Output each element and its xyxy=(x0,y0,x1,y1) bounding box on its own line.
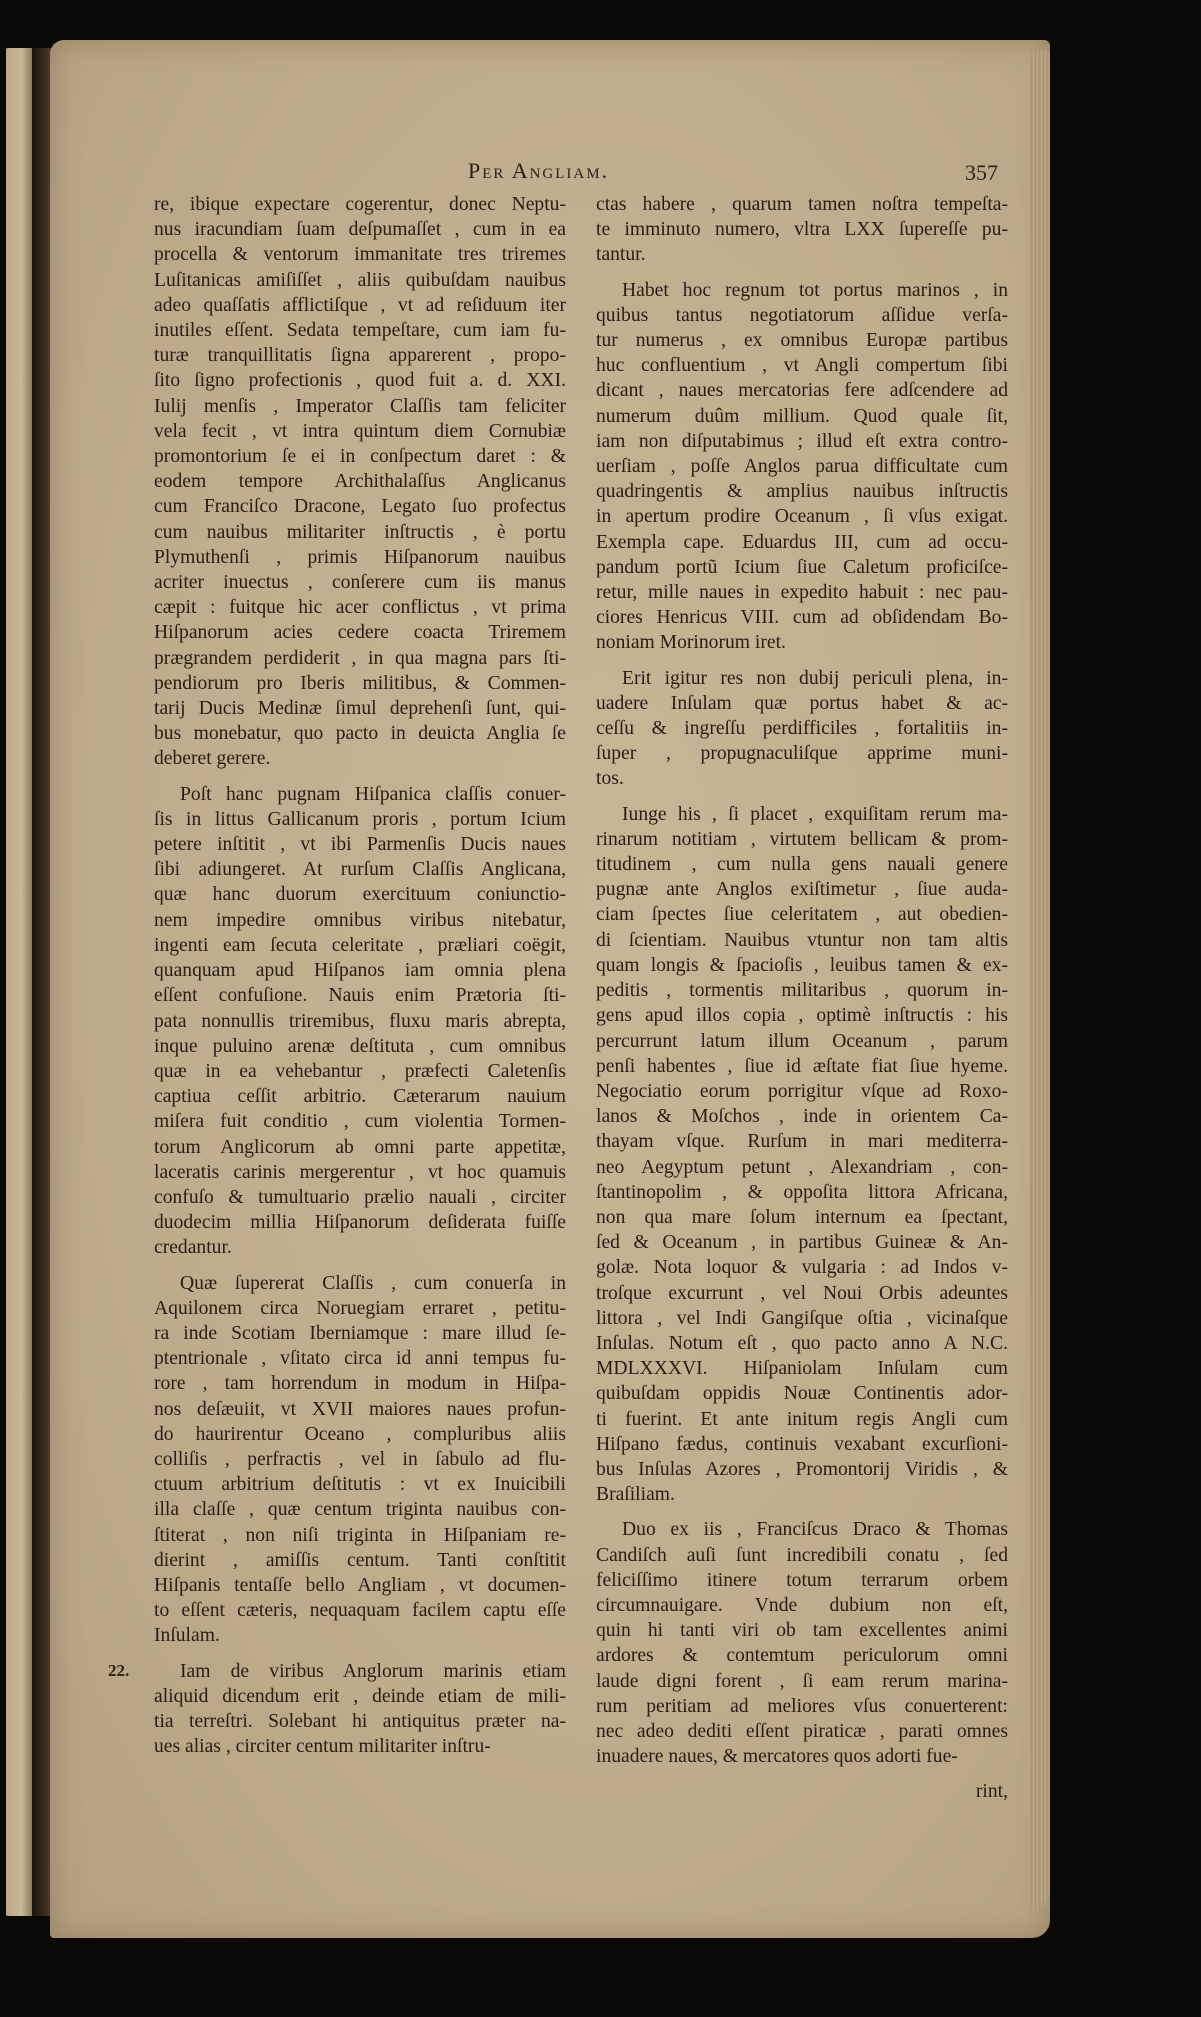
text-line: torum Anglicorum ab omni parte appetitæ, xyxy=(154,1135,566,1160)
text-line: Iunge his , ſi placet , exquiſitam rerum… xyxy=(596,802,1008,827)
text-line: te imminuto numero, vltra LXX ſupereſſe … xyxy=(596,217,1008,242)
text-line: to eſſent cæteris, nequaquam facilem cap… xyxy=(154,1598,566,1623)
text-line: colliſis , perfractis , vel in ſabulo ad… xyxy=(154,1447,566,1472)
text-line: dierint , amiſſis centum. Tanti conſtiti… xyxy=(154,1548,566,1573)
paragraph: Erit igitur res non dubij periculi plena… xyxy=(596,666,1008,792)
text-line: Erit igitur res non dubij periculi plena… xyxy=(596,666,1008,691)
text-line: laude digni forent , ſi eam rerum marina… xyxy=(596,1669,1008,1694)
text-line: Habet hoc regnum tot portus marinos , in xyxy=(596,278,1008,303)
text-line: Candiſch auſi ſunt incredibili conatu , … xyxy=(596,1543,1008,1568)
book-page: Per Angliam. 357 re, ibique expectare co… xyxy=(50,40,1050,1938)
text-line: nos deſæuiit, vt XVII maiores naues prof… xyxy=(154,1397,566,1422)
text-line: golæ. Nota loquor & vulgaria : ad Indos … xyxy=(596,1255,1008,1280)
text-line: tur numerus , ex omnibus Europæ partibus xyxy=(596,328,1008,353)
text-line: penſi habentes , ſiue id æſtate fiat ſiu… xyxy=(596,1054,1008,1079)
text-line: in apertum prodire Oceanum , ſi vſus exi… xyxy=(596,504,1008,529)
running-head: Per Angliam. xyxy=(468,158,609,184)
paragraph: Quæ ſupererat Claſſis , cum conuerſa inA… xyxy=(154,1271,566,1649)
text-line: percurrunt latum illum Oceanum , parum xyxy=(596,1029,1008,1054)
text-line: ingenti eam ſecuta celeritate , præliari… xyxy=(154,933,566,958)
text-line: ardores & contemtum periculorum omni xyxy=(596,1643,1008,1668)
text-line: noniam Morinorum iret. xyxy=(596,630,1008,655)
text-line: rinarum notitiam , virtutem bellicam & p… xyxy=(596,827,1008,852)
text-line: huc confluentium , vt Angli compertum ſi… xyxy=(596,353,1008,378)
text-line: peditis , tormentis militaribus , quorum… xyxy=(596,978,1008,1003)
text-line: aliquid dicendum erit , deinde etiam de … xyxy=(154,1684,566,1709)
text-line: captiua ceſſit arbitrio. Cæterarum nauiu… xyxy=(154,1084,566,1109)
text-line: littora , vel Indi Gangiſque oſtia , vic… xyxy=(596,1306,1008,1331)
text-line: tos. xyxy=(596,766,1008,791)
text-line: eodem tempore Archithalaſſus Anglicanus xyxy=(154,469,566,494)
text-line: cum Franciſco Dracone, Legato ſuo profec… xyxy=(154,494,566,519)
text-line: ſuper , propugnaculiſque apprime muni- xyxy=(596,741,1008,766)
text-line: iam non diſputabimus ; illud eſt extra c… xyxy=(596,429,1008,454)
text-line: Exempla cape. Eduardus III, cum ad occu- xyxy=(596,530,1008,555)
text-line: uadere Inſulam quæ portus habet & ac- xyxy=(596,691,1008,716)
paragraph: Poſt hanc pugnam Hiſpanica claſſis conue… xyxy=(154,782,566,1261)
text-line: miſera fuit conditio , cum violentia Tor… xyxy=(154,1109,566,1134)
text-line: Hiſpanis tentaſſe bello Angliam , vt doc… xyxy=(154,1573,566,1598)
text-line: quanquam apud Hiſpanos iam omnia plena xyxy=(154,958,566,983)
text-line: illa claſſe , quæ centum triginta nauibu… xyxy=(154,1497,566,1522)
text-line: cum nauibus militariter inſtructis , è p… xyxy=(154,520,566,545)
text-line: turæ tranquillitatis ſigna apparerent , … xyxy=(154,343,566,368)
text-line: Aquilonem circa Noruegiam erraret , peti… xyxy=(154,1296,566,1321)
catchword: rint, xyxy=(596,1779,1008,1804)
text-line: Duo ex iis , Franciſcus Draco & Thomas xyxy=(596,1517,1008,1542)
text-line: dicant , naues mercatorias fere adſcende… xyxy=(596,378,1008,403)
text-line: ra inde Scotiam Iberniamque : mare illud… xyxy=(154,1321,566,1346)
text-line: promontorium ſe ei in conſpectum daret :… xyxy=(154,444,566,469)
text-line: do haurirentur Oceano , compluribus alii… xyxy=(154,1422,566,1447)
text-line: tarij Ducis Medinæ ſimul deprehenſi ſunt… xyxy=(154,696,566,721)
page-header: Per Angliam. 357 xyxy=(50,158,1050,188)
text-line: bus Inſulas Azores , Promontorij Viridis… xyxy=(596,1457,1008,1482)
text-line: tia terreſtri. Solebant hi antiquitus pr… xyxy=(154,1709,566,1734)
text-line: procella & ventorum immanitate tres trir… xyxy=(154,242,566,267)
text-line: ſibi adiungeret. At rurſum Claſſis Angli… xyxy=(154,857,566,882)
text-line: inque puluino arenæ deſtituta , cum omni… xyxy=(154,1034,566,1059)
text-line: circumnauigare. Vnde dubium non eſt, xyxy=(596,1593,1008,1618)
text-line: pandum portũ Icium ſiue Caletum proficiſ… xyxy=(596,555,1008,580)
text-line: Braſiliam. xyxy=(596,1482,1008,1507)
text-line: ſtiterat , non niſi triginta in Hiſpania… xyxy=(154,1523,566,1548)
paragraph: ctas habere , quarum tamen noſtra tempeſ… xyxy=(596,192,1008,268)
text-line: titudinem , cum nulla gens nauali genere xyxy=(596,852,1008,877)
text-line: bus monebatur, quo pacto in deuicta Angl… xyxy=(154,721,566,746)
text-line: rum peritiam ad meliores vſus conuertere… xyxy=(596,1694,1008,1719)
paragraph: Iam de viribus Anglorum marinis etiamali… xyxy=(154,1659,566,1760)
page-number: 357 xyxy=(965,160,998,186)
text-line: Iulij menſis , Imperator Claſſis tam fel… xyxy=(154,394,566,419)
text-line: prægrandem perdiderit , in qua magna par… xyxy=(154,646,566,671)
text-line: Negociatio eorum porrigitur vſque ad Rox… xyxy=(596,1079,1008,1104)
text-line: pendiorum pro Iberis militibus, & Commen… xyxy=(154,671,566,696)
text-line: Hiſpanorum acies cedere coacta Triremem xyxy=(154,620,566,645)
left-text-column: re, ibique expectare cogerentur, donec N… xyxy=(154,192,566,1769)
text-line: inutiles eſſent. Sedata tempeſtare, cum … xyxy=(154,318,566,343)
text-line: non qua mare ſolum internum ea ſpectant, xyxy=(596,1205,1008,1230)
text-line: inuadere naues, & mercatores quos adorti… xyxy=(596,1744,1008,1769)
text-line: adeo quaſſatis afflictiſque , vt ad reſi… xyxy=(154,293,566,318)
text-line: numerum duûm millium. Quod quale ſit, xyxy=(596,404,1008,429)
text-line: deberet gerere. xyxy=(154,746,566,771)
text-line: Iam de viribus Anglorum marinis etiam xyxy=(154,1659,566,1684)
text-line: quin hi tanti viri ob tam excellentes an… xyxy=(596,1618,1008,1643)
text-line: pata nonnullis triremibus, fluxu maris a… xyxy=(154,1009,566,1034)
text-line: nem impedire omnibus viribus nitebatur, xyxy=(154,908,566,933)
text-line: ſtantinopolim , & oppoſita littora Afric… xyxy=(596,1180,1008,1205)
text-line: Inſulas. Notum eſt , quo pacto anno A N.… xyxy=(596,1331,1008,1356)
text-line: lanos & Moſchos , inde in orientem Ca- xyxy=(596,1104,1008,1129)
text-line: ceſſu & ingreſſu perdifficiles , fortali… xyxy=(596,716,1008,741)
text-line: quam longis & ſpacioſis , leuibus tamen … xyxy=(596,953,1008,978)
text-line: retur, mille naues in expedito habuit : … xyxy=(596,580,1008,605)
text-line: credantur. xyxy=(154,1235,566,1260)
text-line: duodecim millia Hiſpanorum deſiderata fu… xyxy=(154,1210,566,1235)
previous-page-edge xyxy=(6,48,32,1916)
text-line: nus iracundiam ſuam deſpumaſſet , cum in… xyxy=(154,217,566,242)
text-line: MDLXXXVI. Hiſpaniolam Inſulam cum xyxy=(596,1356,1008,1381)
text-line: quæ in ea vehebantur , præfecti Caletenſ… xyxy=(154,1059,566,1084)
text-line: cæpit : fuitque hic acer conflictus , vt… xyxy=(154,595,566,620)
text-line: ſito ſigno profectionis , quod fuit a. d… xyxy=(154,368,566,393)
text-line: quibus tantus negotiatorum aſſidue verſa… xyxy=(596,303,1008,328)
text-line: troſque excurrunt , vel Noui Orbis adeun… xyxy=(596,1281,1008,1306)
text-line: laceratis carinis mergerentur , vt hoc q… xyxy=(154,1160,566,1185)
page-stack-edge xyxy=(1030,50,1050,1910)
text-line: Hiſpano fædus, continuis vexabant excurſ… xyxy=(596,1432,1008,1457)
text-line: confuſo & tumultuario prælio nauali , ci… xyxy=(154,1185,566,1210)
right-text-column: ctas habere , quarum tamen noſtra tempeſ… xyxy=(596,192,1008,1805)
text-line: Poſt hanc pugnam Hiſpanica claſſis conue… xyxy=(154,782,566,807)
text-line: feliciſſimo itinere totum terrarum orbem xyxy=(596,1568,1008,1593)
text-line: neo Aegyptum petunt , Alexandriam , con- xyxy=(596,1155,1008,1180)
text-line: ſed & Oceanum , in partibus Guineæ & An- xyxy=(596,1230,1008,1255)
text-line: quibuſdam oppidis Nouæ Continentis ador- xyxy=(596,1381,1008,1406)
text-line: re, ibique expectare cogerentur, donec N… xyxy=(154,192,566,217)
text-line: tantur. xyxy=(596,242,1008,267)
text-line: di ſcientiam. Nauibus vtuntur non tam al… xyxy=(596,928,1008,953)
text-line: Luſitanicas amiſiſſet , aliis quibuſdam … xyxy=(154,268,566,293)
text-line: Inſulam. xyxy=(154,1623,566,1648)
text-line: pugnæ ante Anglos exiſtimetur , ſiue aud… xyxy=(596,877,1008,902)
text-line: petere inſtitit , vt ibi Parmenſis Ducis… xyxy=(154,832,566,857)
text-line: ctuum arbitrium deſtitutis : vt ex Inuic… xyxy=(154,1472,566,1497)
text-line: eſſent confuſione. Nauis enim Prætoria ſ… xyxy=(154,983,566,1008)
text-line: ciam ſpectes ſiue celeritatem , aut obed… xyxy=(596,902,1008,927)
text-line: gens apud illos copia , optimè inſtructi… xyxy=(596,1003,1008,1028)
text-line: vela fecit , vt intra quintum diem Cornu… xyxy=(154,419,566,444)
text-line: ti fuerint. Et ante initum regis Angli c… xyxy=(596,1407,1008,1432)
paragraph: Habet hoc regnum tot portus marinos , in… xyxy=(596,278,1008,656)
text-line: ciores Henricus VIII. cum ad obſidendam … xyxy=(596,605,1008,630)
text-line: Plymuthenſi , primis Hiſpanorum nauibus xyxy=(154,545,566,570)
text-line: ctas habere , quarum tamen noſtra tempeſ… xyxy=(596,192,1008,217)
text-line: ptentrionale , vſitato circa id anni tem… xyxy=(154,1346,566,1371)
paragraph: Iunge his , ſi placet , exquiſitam rerum… xyxy=(596,802,1008,1508)
text-line: uerſiam , poſſe Anglos parua difficultat… xyxy=(596,454,1008,479)
paragraph: Duo ex iis , Franciſcus Draco & ThomasCa… xyxy=(596,1517,1008,1769)
text-line: acriter inuectus , conſerere cum iis man… xyxy=(154,570,566,595)
text-line: thayam vſque. Rurſum in mari mediterra- xyxy=(596,1129,1008,1154)
text-line: rore , tam horrendum in modum in Hiſpa- xyxy=(154,1371,566,1396)
text-line: ſis in littus Gallicanum proris , portum… xyxy=(154,807,566,832)
text-line: Quæ ſupererat Claſſis , cum conuerſa in xyxy=(154,1271,566,1296)
text-line: ues alias , circiter centum militariter … xyxy=(154,1734,566,1759)
marginal-section-number: 22. xyxy=(108,1661,129,1681)
paragraph: re, ibique expectare cogerentur, donec N… xyxy=(154,192,566,772)
text-line: quæ hanc duorum exercituum coniunctio- xyxy=(154,882,566,907)
text-line: quadringentis & amplius nauibus inſtruct… xyxy=(596,479,1008,504)
text-line: nec adeo dediti eſſent piraticæ , parati… xyxy=(596,1719,1008,1744)
